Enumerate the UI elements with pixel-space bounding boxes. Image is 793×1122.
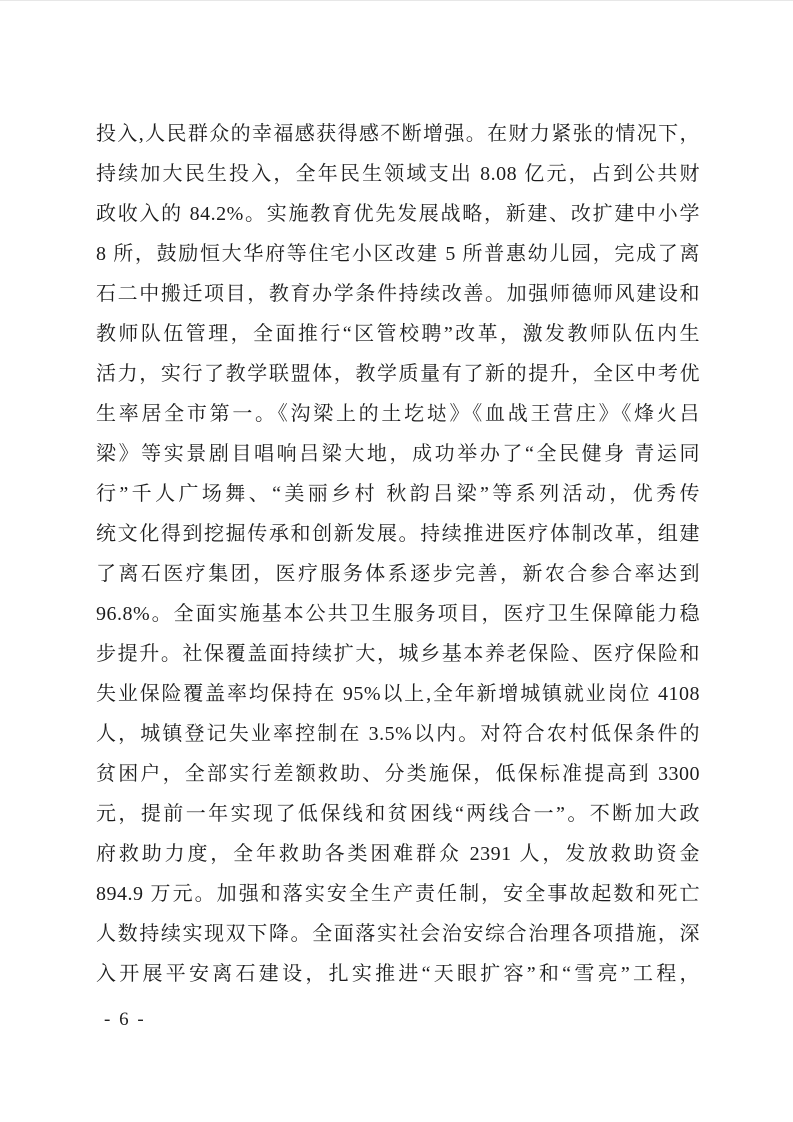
- body-line: 贫困户，全部实行差额救助、分类施保，低保标准提高到 3300: [96, 754, 700, 794]
- document-page: 投入,人民群众的幸福感获得感不断增强。在财力紧张的情况下， 持续加大民生投入，全…: [0, 0, 793, 1122]
- body-line: 府救助力度，全年救助各类困难群众 2391 人，发放救助资金: [96, 834, 700, 874]
- body-line: 8 所，鼓励恒大华府等住宅小区改建 5 所普惠幼儿园，完成了离: [96, 234, 700, 274]
- body-line: 894.9 万元。加强和落实安全生产责任制，安全事故起数和死亡: [96, 874, 700, 914]
- body-line: 行”千人广场舞、“美丽乡村 秋韵吕梁”等系列活动，优秀传: [96, 474, 700, 514]
- body-line: 活力，实行了教学联盟体，教学质量有了新的提升，全区中考优: [96, 354, 700, 394]
- body-line: 人数持续实现双下降。全面落实社会治安综合治理各项措施，深: [96, 914, 700, 954]
- body-line: 步提升。社保覆盖面持续扩大，城乡基本养老保险、医疗保险和: [96, 634, 700, 674]
- body-text-block: 投入,人民群众的幸福感获得感不断增强。在财力紧张的情况下， 持续加大民生投入，全…: [96, 114, 700, 994]
- body-line: 了离石医疗集团，医疗服务体系逐步完善，新农合参合率达到: [96, 554, 700, 594]
- body-line: 投入,人民群众的幸福感获得感不断增强。在财力紧张的情况下，: [96, 114, 700, 154]
- body-line: 石二中搬迁项目，教育办学条件持续改善。加强师德师风建设和: [96, 274, 700, 314]
- body-line: 96.8%。全面实施基本公共卫生服务项目，医疗卫生保障能力稳: [96, 594, 700, 634]
- scan-edge-line: [0, 0, 793, 1]
- page-number: - 6 -: [104, 1008, 146, 1032]
- body-line: 人，城镇登记失业率控制在 3.5%以内。对符合农村低保条件的: [96, 714, 700, 754]
- body-line: 持续加大民生投入，全年民生领域支出 8.08 亿元，占到公共财: [96, 154, 700, 194]
- body-line: 政收入的 84.2%。实施教育优先发展战略，新建、改扩建中小学: [96, 194, 700, 234]
- body-line: 教师队伍管理，全面推行“区管校聘”改革，激发教师队伍内生: [96, 314, 700, 354]
- body-line: 统文化得到挖掘传承和创新发展。持续推进医疗体制改革，组建: [96, 514, 700, 554]
- body-line: 失业保险覆盖率均保持在 95%以上,全年新增城镇就业岗位 4108: [96, 674, 700, 714]
- body-line: 生率居全市第一。《沟梁上的土圪垯》《血战王营庄》《烽火吕: [96, 394, 700, 434]
- body-line: 入开展平安离石建设，扎实推进“天眼扩容”和“雪亮”工程，: [96, 954, 700, 994]
- body-line: 梁》等实景剧目唱响吕梁大地，成功举办了“全民健身 青运同: [96, 434, 700, 474]
- body-line: 元，提前一年实现了低保线和贫困线“两线合一”。不断加大政: [96, 794, 700, 834]
